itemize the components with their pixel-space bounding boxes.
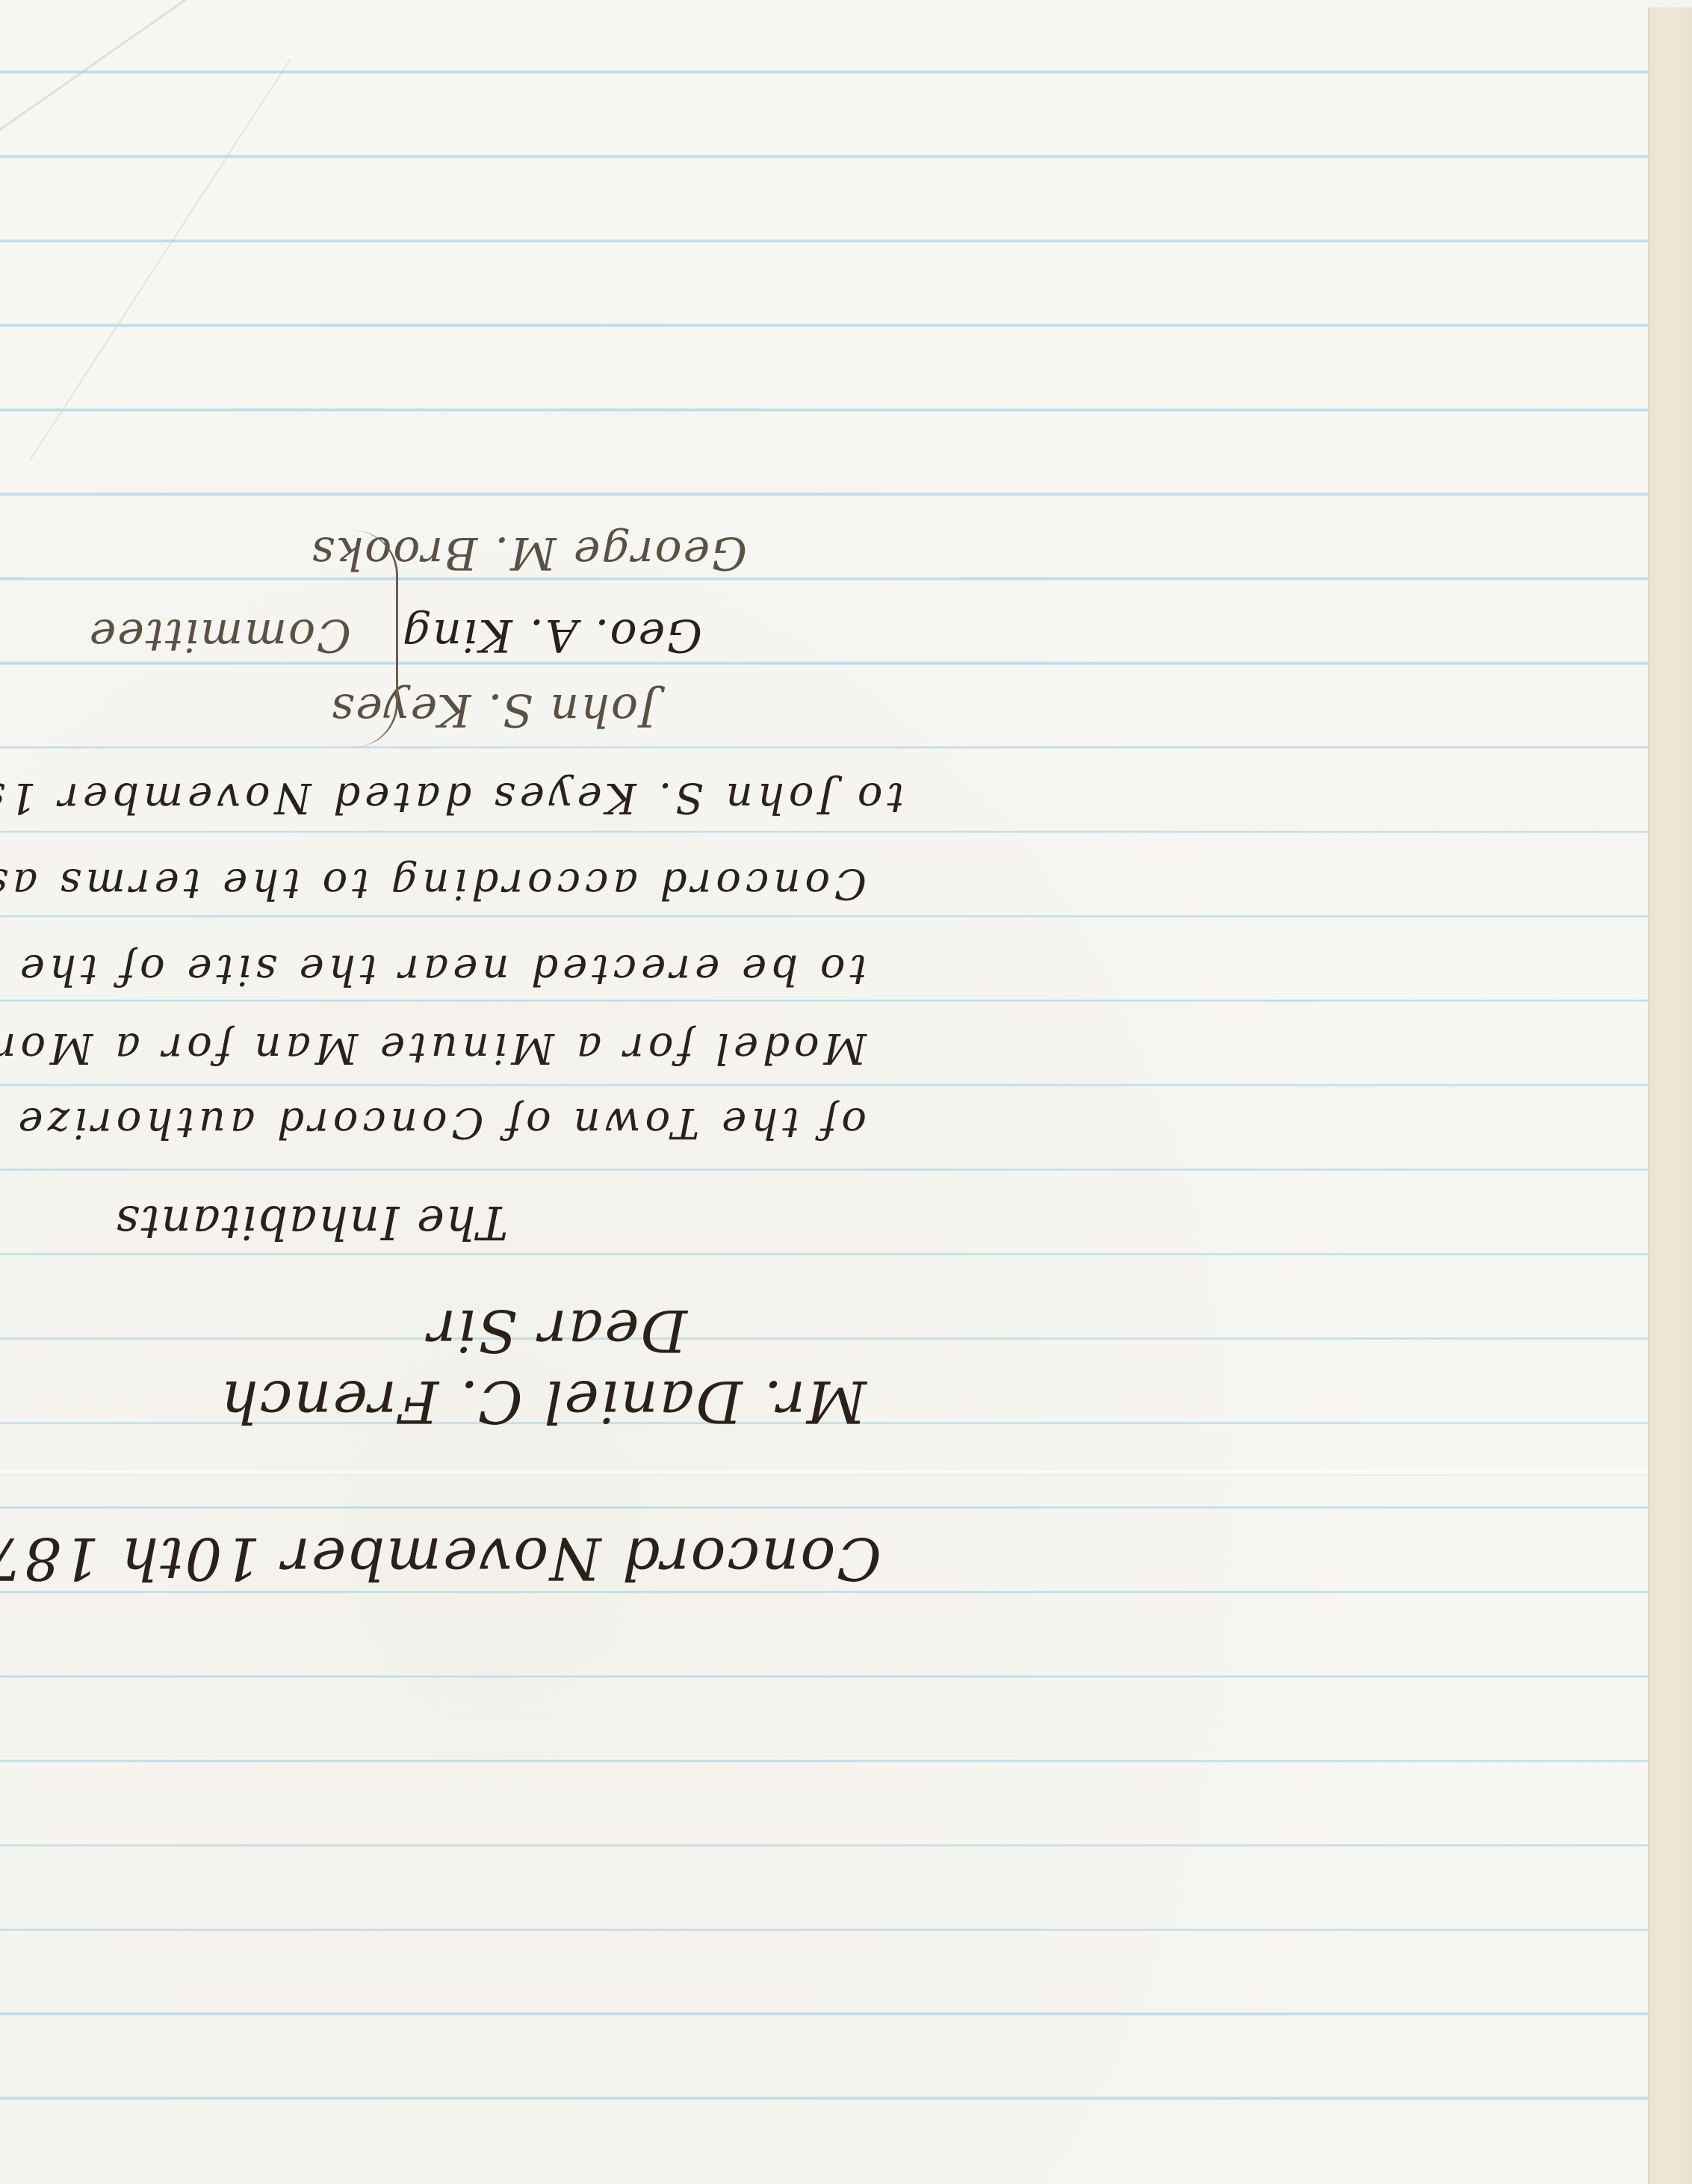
salutation: Dear Sir — [418, 1296, 687, 1364]
body-line: to be erected near the site of the old N… — [90, 945, 867, 994]
letter-sheet — [0, 0, 1648, 2184]
dateline: Concord November 10th 1873 — [224, 1524, 881, 1591]
signature: Geo. A. King — [478, 609, 702, 661]
fold-crease — [0, 1468, 1648, 1476]
addressee: Mr. Daniel C. French — [463, 1367, 867, 1435]
body-line: of the Town of Concord authorize you to … — [90, 1098, 867, 1147]
signature: John S. Keyes — [418, 684, 657, 736]
signature-brace — [351, 530, 398, 747]
body-line: to John S. Keyes dated November 1st 1873… — [418, 773, 904, 822]
body-opening: The Inhabitants — [105, 1195, 508, 1250]
body-line: Model for a Minute Man for a Monument Pr… — [90, 1024, 867, 1072]
signature: George M. Brooks — [403, 527, 747, 579]
paper-edge-strip — [1648, 7, 1692, 2184]
signature-role: Committee — [127, 609, 351, 661]
body-line: Concord according to the terms as set fo… — [90, 859, 867, 908]
